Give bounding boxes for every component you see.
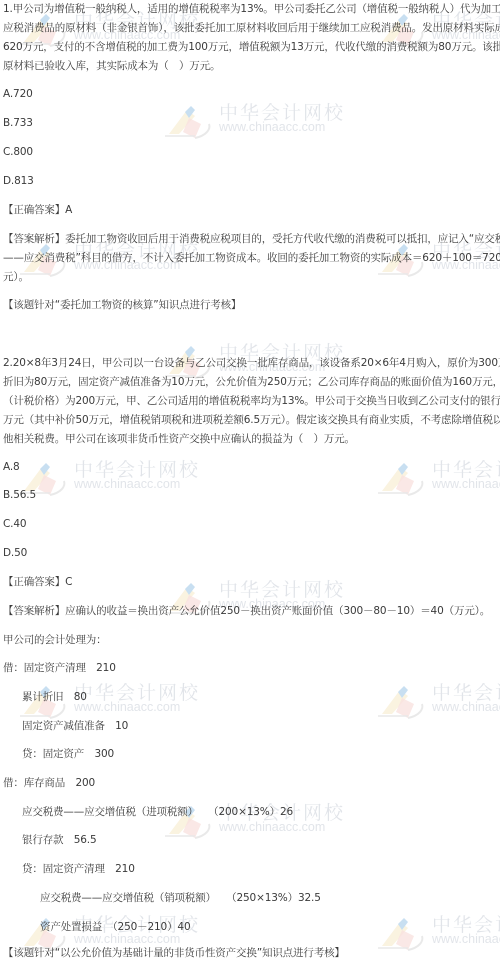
- knowledge-point: 【该题针对“委托加工物资的核算”知识点进行考核】: [3, 296, 241, 315]
- watermark-brand-url: www.chinaacc.com: [432, 477, 500, 491]
- chinaacc-logo-icon: [378, 682, 430, 720]
- question-stem-line: 万元（其中补价50万元，增值税销项税和进项税差额6.5万元）。假定该交换具有商业…: [3, 411, 500, 430]
- option-b: B.56.5: [3, 486, 36, 505]
- option-a: A.8: [3, 458, 20, 477]
- question-stem-line: 应税消费品的原材料（非金银首饰），该批委托加工原材料收回后用于继续加工应税消费品…: [3, 19, 500, 38]
- watermark: 中华会计网校 www.chinaacc.com: [165, 100, 295, 142]
- option-b: B.733: [3, 114, 33, 133]
- journal-entry-line: 应交税费——应交增值税（销项税额） （250×13%）32.5: [40, 889, 321, 908]
- option-d: D.50: [3, 544, 27, 563]
- watermark-brand-cn: 中华会计网校: [74, 678, 200, 705]
- correct-answer: 【正确答案】A: [3, 201, 72, 220]
- chinaacc-logo-icon: [378, 914, 430, 952]
- journal-entry-line: 借：固定资产清理 210: [3, 659, 116, 678]
- watermark-brand-url: www.chinaacc.com: [74, 477, 180, 491]
- journal-entry-line: 应交税费——应交增值税（进项税额） （200×13%）26: [22, 803, 293, 822]
- watermark: 中华会计网校 www.chinaacc.com: [378, 912, 500, 954]
- journal-entry-line: 固定资产减值准备 10: [22, 717, 128, 736]
- chinaacc-logo-icon: [165, 102, 217, 140]
- option-c: C.40: [3, 515, 26, 534]
- journal-entry-line: 贷：固定资产清理 210: [22, 860, 135, 879]
- watermark: 中华会计网校 www.chinaacc.com: [378, 680, 500, 722]
- watermark-brand-cn: 中华会计网校: [432, 455, 500, 482]
- question-stem-line: （计税价格）为200万元，甲、乙公司适用的增值税税率均为13%。甲公司于交换当日…: [3, 392, 500, 411]
- journal-entry-line: 银行存款 56.5: [22, 831, 97, 850]
- option-c: C.800: [3, 143, 33, 162]
- answer-analysis-line: 元）。: [3, 268, 29, 287]
- accounting-intro: 甲公司的会计处理为：: [3, 631, 107, 650]
- watermark: 中华会计网校 www.chinaacc.com: [20, 457, 150, 499]
- answer-analysis-line: ——应交消费税”科目的借方，不计入委托加工物资成本。收回的委托加工物资的实际成本…: [3, 249, 500, 268]
- option-a: A.720: [3, 85, 33, 104]
- watermark: 中华会计网校 www.chinaacc.com: [378, 457, 500, 499]
- question-stem-line: 他相关税费。甲公司在该项非货币性资产交换中应确认的损益为（ ）万元。: [3, 430, 355, 449]
- watermark-brand-url: www.chinaacc.com: [219, 820, 325, 834]
- journal-entry-line: 贷：固定资产 300: [22, 745, 114, 764]
- watermark-brand-cn: 中华会计网校: [432, 910, 500, 937]
- answer-analysis-line: 【答案解析】委托加工物资收回后用于消费税应税项目的，受托方代收代缴的消费税可以抵…: [3, 230, 500, 249]
- watermark-brand-url: www.chinaacc.com: [432, 700, 500, 714]
- question-stem-line: 折旧为80万元，固定资产减值准备为10万元，公允价值为250万元；乙公司库存商品…: [3, 373, 500, 392]
- watermark-brand-url: www.chinaacc.com: [219, 120, 325, 134]
- journal-entry-line: 借：库存商品 200: [3, 774, 95, 793]
- knowledge-point: 【该题针对“以公允价值为基础计量的非货币性资产交换”知识点进行考核】: [3, 944, 345, 963]
- question-stem-line: 2.20×8年3月24日，甲公司以一台设备与乙公司交换一批库存商品，该设备系20…: [3, 354, 500, 373]
- watermark-brand-cn: 中华会计网校: [74, 455, 200, 482]
- journal-entry-line: 资产处置损益 （250－210）40: [40, 918, 191, 937]
- question-stem-line: 620万元，支付的不含增值税的加工费为100万元，增值税额为13万元，代收代缴的…: [3, 38, 500, 57]
- journal-entry-line: 累计折旧 80: [22, 688, 87, 707]
- question-stem-line: 原材料已验收入库，其实际成本为（ ）万元。: [3, 57, 220, 76]
- chinaacc-logo-icon: [378, 459, 430, 497]
- correct-answer: 【正确答案】C: [3, 573, 72, 592]
- watermark-brand-cn: 中华会计网校: [432, 678, 500, 705]
- answer-analysis: 【答案解析】应确认的收益＝换出资产公允价值250－换出资产账面价值（300－80…: [3, 602, 490, 621]
- watermark-brand-cn: 中华会计网校: [219, 98, 345, 125]
- question-stem-line: 1.甲公司为增值税一般纳税人，适用的增值税税率为13%。甲公司委托乙公司（增值税…: [3, 0, 500, 19]
- watermark-brand-url: www.chinaacc.com: [432, 932, 500, 946]
- watermark-brand-url: www.chinaacc.com: [74, 700, 180, 714]
- option-d: D.813: [3, 172, 34, 191]
- watermark-brand-cn: 中华会计网校: [219, 575, 345, 602]
